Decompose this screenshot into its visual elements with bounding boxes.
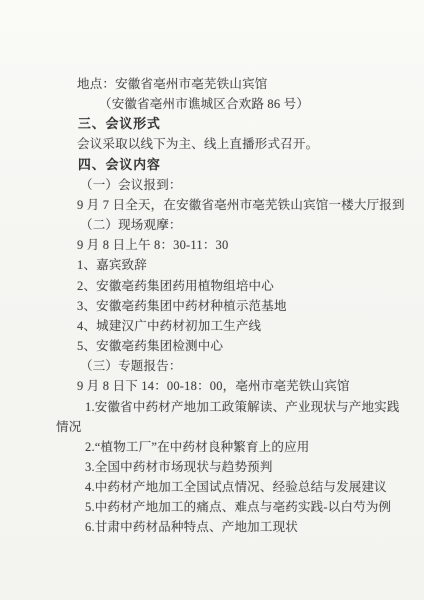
document-line-22: 5.中药材产地加工的痛点、难点与亳药实践-以白芍为例 — [56, 497, 398, 517]
document-line-5: 四、会议内容 — [56, 155, 398, 175]
document-line-13: 4、城建汉广中药材初加工生产线 — [56, 316, 398, 336]
document-line-17: 1.安徽省中药材产地加工政策解读、产业现状与产地实践 — [56, 397, 398, 417]
document-line-14: 5、安徽亳药集团检测中心 — [56, 336, 398, 356]
document-line-16: 9 月 8 日下 14：00-18：00，亳州市亳芜铁山宾馆 — [56, 376, 398, 396]
document-line-15: （三）专题报告： — [56, 356, 398, 376]
document-line-2: （安徽省亳州市谯城区合欢路 86 号） — [56, 94, 398, 114]
document-line-8: （二）现场观摩： — [56, 215, 398, 235]
document-line-7: 9 月 7 日全天，在安徽省亳州市亳芜铁山宾馆一楼大厅报到 — [56, 195, 398, 215]
document-lines: 地点：安徽省亳州市亳芜铁山宾馆（安徽省亳州市谯城区合欢路 86 号）三、会议形式… — [56, 74, 398, 538]
document-line-23: 6.甘肃中药材品种特点、产地加工现状 — [56, 517, 398, 537]
document-line-9: 9 月 8 日上午 8：30-11：30 — [56, 235, 398, 255]
document-line-12: 3、安徽亳药集团中药材种植示范基地 — [56, 296, 398, 316]
document-line-4: 会议采取以线下为主、线上直播形式召开。 — [56, 134, 398, 154]
document-line-21: 4.中药材产地加工全国试点情况、经验总结与发展建议 — [56, 477, 398, 497]
document-line-1: 地点：安徽省亳州市亳芜铁山宾馆 — [56, 74, 398, 94]
document-line-3: 三、会议形式 — [56, 114, 398, 134]
document-line-20: 3.全国中药材市场现状与趋势预判 — [56, 457, 398, 477]
document-line-19: 2.“植物工厂”在中药材良种繁育上的应用 — [56, 437, 398, 457]
document-page: 地点：安徽省亳州市亳芜铁山宾馆（安徽省亳州市谯城区合欢路 86 号）三、会议形式… — [0, 0, 424, 600]
document-line-18: 情况 — [56, 417, 398, 437]
document-line-6: （一）会议报到： — [56, 175, 398, 195]
document-line-10: 1、嘉宾致辞 — [56, 255, 398, 275]
document-line-11: 2、安徽亳药集团药用植物组培中心 — [56, 276, 398, 296]
